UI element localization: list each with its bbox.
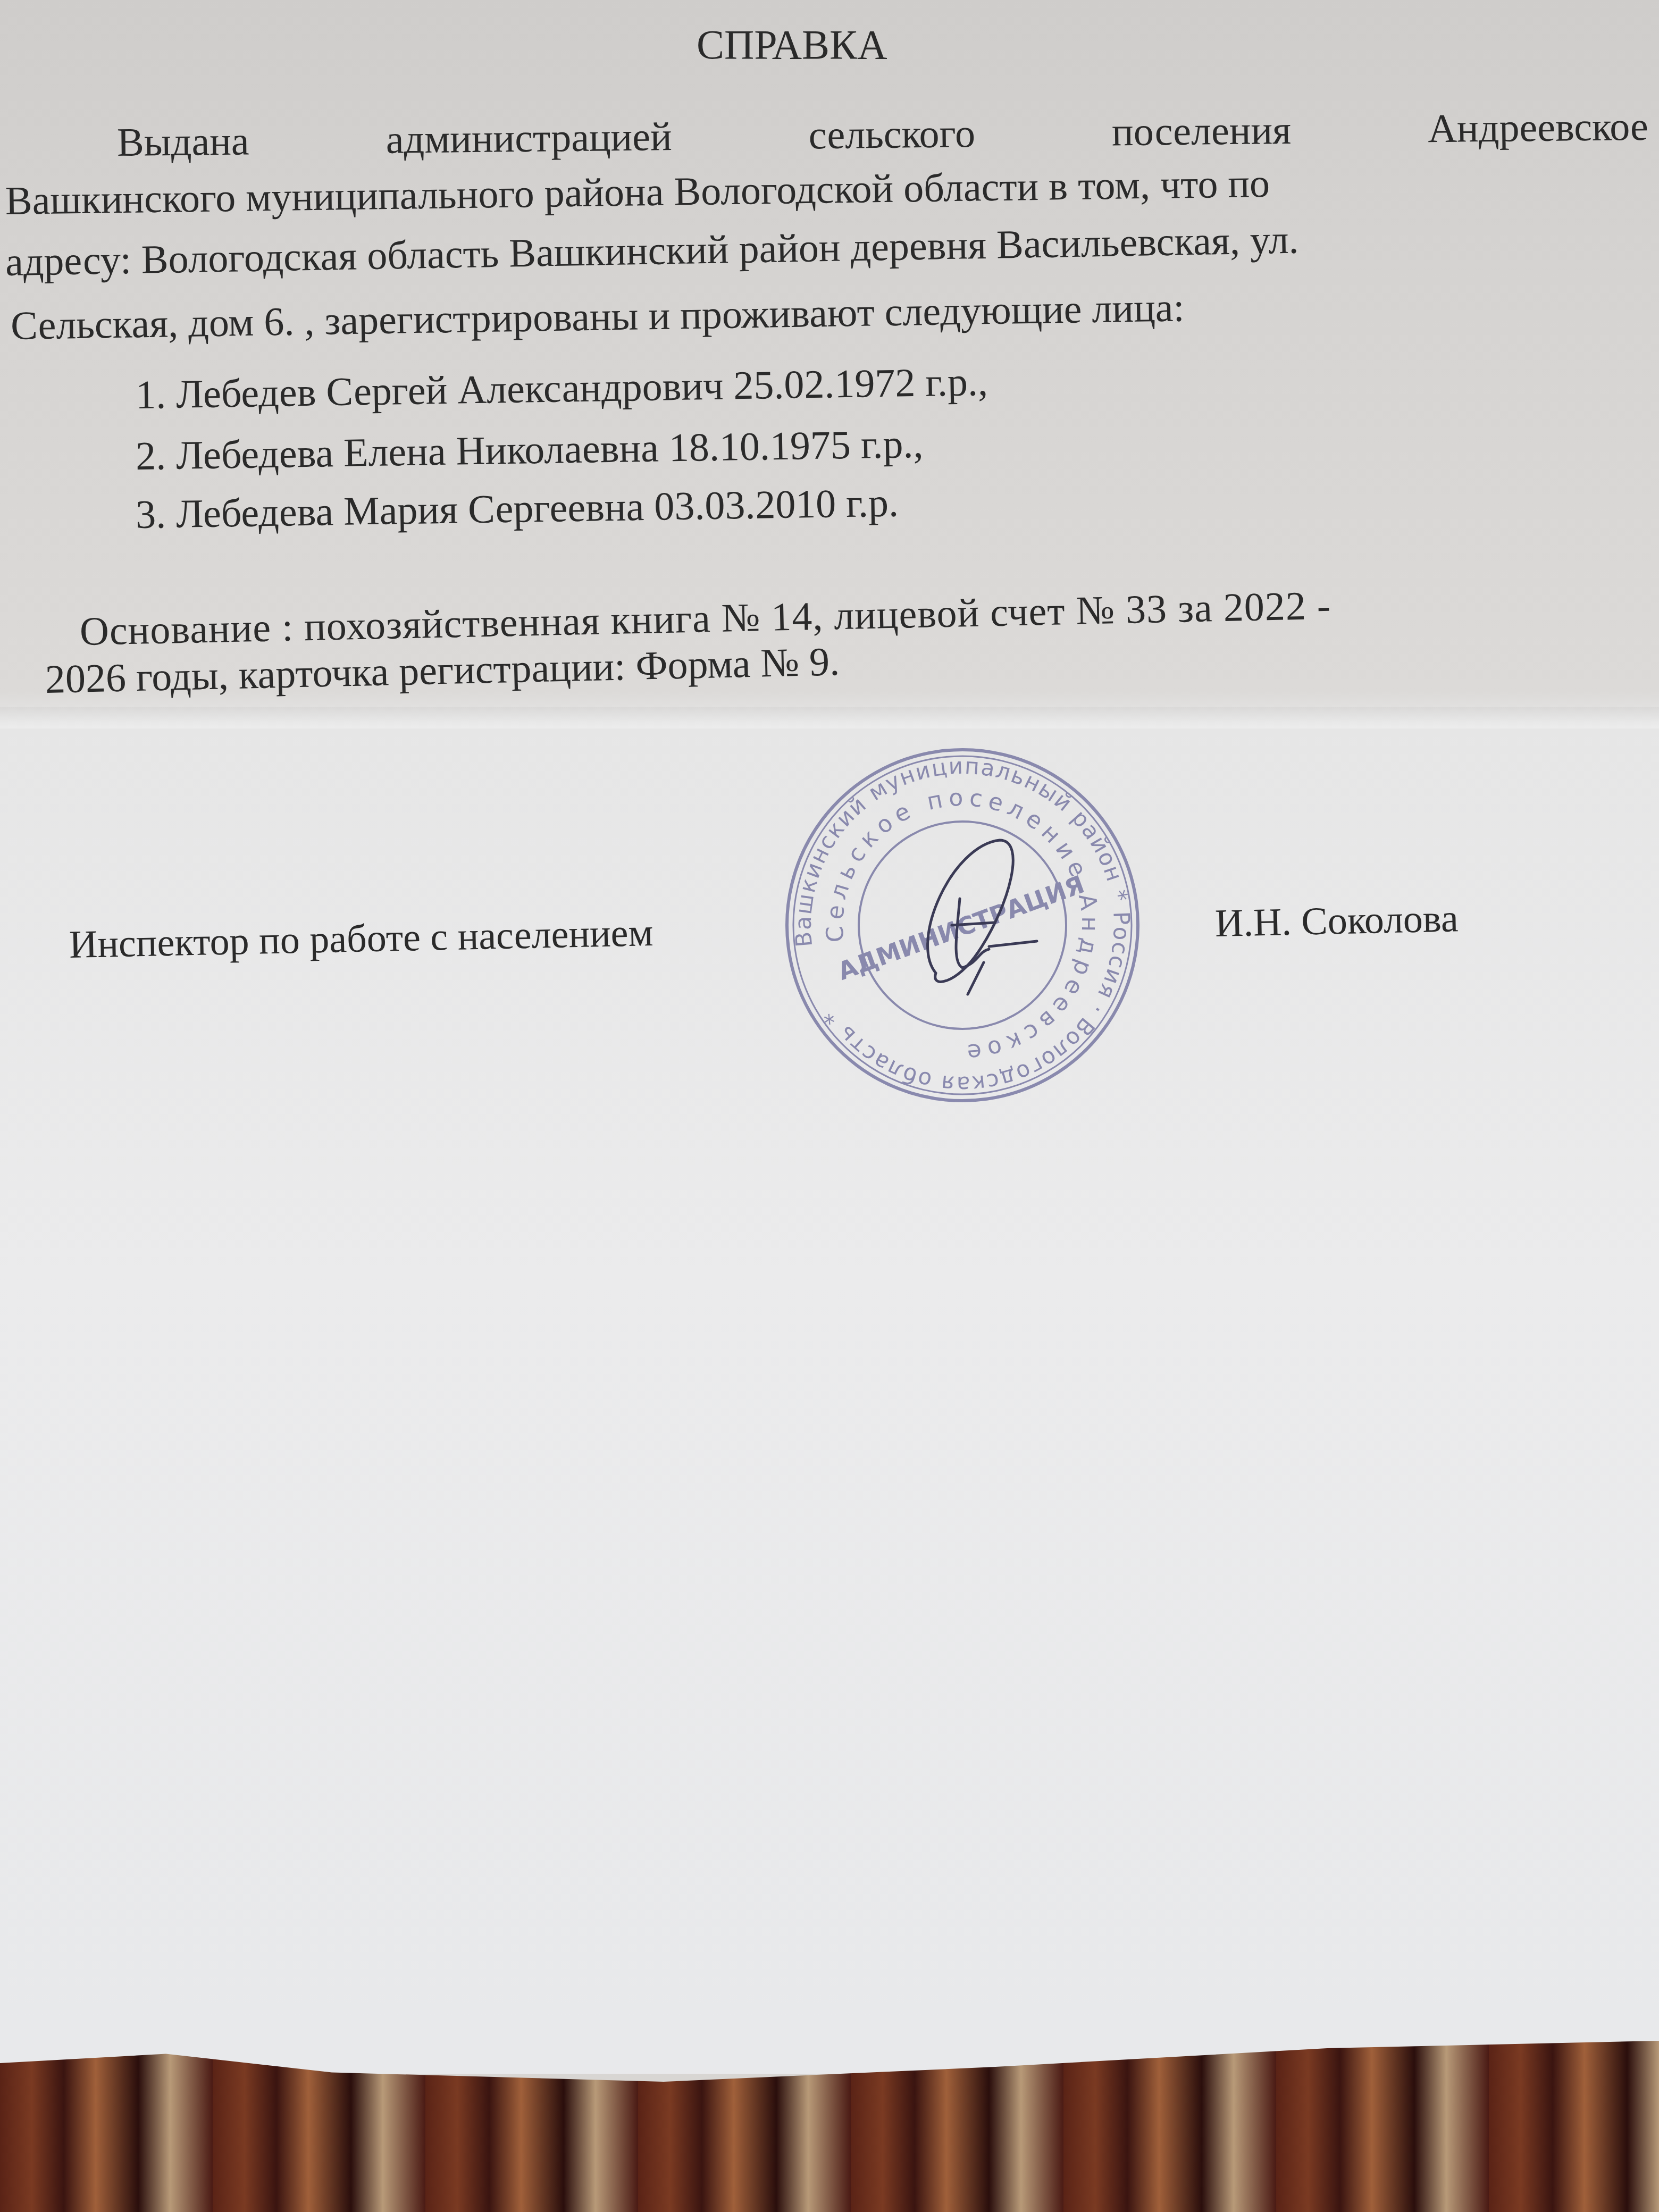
- word: поселения: [1112, 110, 1292, 153]
- document-title: СПРАВКА: [697, 24, 887, 65]
- word: администрацией: [386, 116, 672, 160]
- word: Андреевское: [1428, 106, 1648, 149]
- word: Выдана: [117, 121, 249, 163]
- signatory-name: И.Н. Соколова: [1214, 899, 1459, 943]
- paper-fold-line: [0, 707, 1659, 728]
- word: сельского: [808, 113, 975, 155]
- official-seal-stamp-icon: Вашкинский муниципальный район * Россия …: [776, 739, 1149, 1111]
